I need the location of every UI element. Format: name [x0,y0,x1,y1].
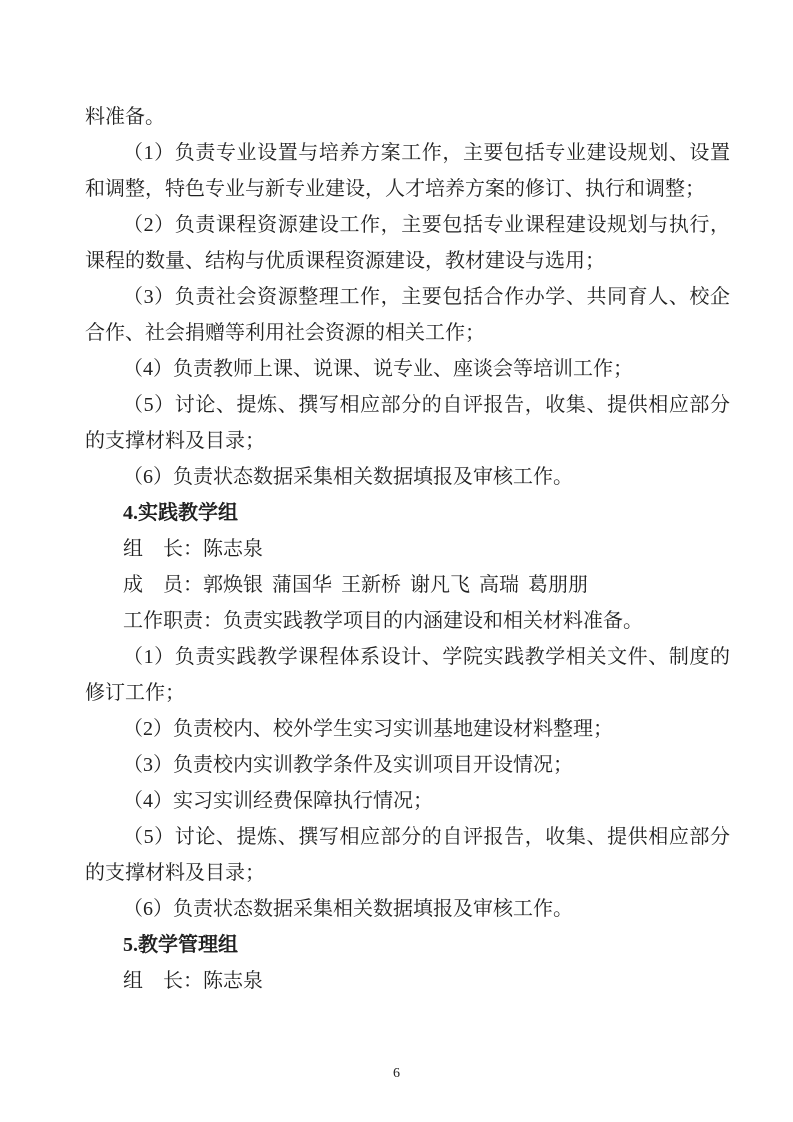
text-line: （6）负责状态数据采集相关数据填报及审核工作。 [85,891,730,927]
text-line: 合作、社会捐赠等利用社会资源的相关工作； [85,315,730,351]
text-line: （2）负责课程资源建设工作，主要包括专业课程建设规划与执行， [85,207,730,243]
text-line: 修订工作； [85,675,730,711]
text-line: （3）负责校内实训教学条件及实训项目开设情况； [85,747,730,783]
text-line: （4）负责教师上课、说课、说专业、座谈会等培训工作； [85,351,730,387]
text-line: （2）负责校内、校外学生实习实训基地建设材料整理； [85,711,730,747]
text-line: 的支撑材料及目录； [85,423,730,459]
text-line: 课程的数量、结构与优质课程资源建设，教材建设与选用； [85,243,730,279]
text-line: （5）讨论、提炼、撰写相应部分的自评报告，收集、提供相应部分 [85,387,730,423]
text-line: （6）负责状态数据采集相关数据填报及审核工作。 [85,459,730,495]
text-line: 成 员：郭焕银 蒲国华 王新桥 谢凡飞 高瑞 葛朋朋 [85,567,730,603]
text-line: （3）负责社会资源整理工作，主要包括合作办学、共同育人、校企 [85,279,730,315]
page-number: 6 [0,1066,793,1082]
text-line: （5）讨论、提炼、撰写相应部分的自评报告，收集、提供相应部分 [85,819,730,855]
text-line: 和调整，特色专业与新专业建设，人才培养方案的修订、执行和调整； [85,171,730,207]
document-body: 料准备。（1）负责专业设置与培养方案工作，主要包括专业建设规划、设置和调整，特色… [85,99,730,999]
section-heading: 4.实践教学组 [85,495,730,531]
text-line: 的支撑材料及目录； [85,855,730,891]
text-line: 组 长：陈志泉 [85,963,730,999]
text-line: （1）负责实践教学课程体系设计、学院实践教学相关文件、制度的 [85,639,730,675]
document-page: 料准备。（1）负责专业设置与培养方案工作，主要包括专业建设规划、设置和调整，特色… [0,0,793,1122]
text-line: 工作职责：负责实践教学项目的内涵建设和相关材料准备。 [85,603,730,639]
section-heading: 5.教学管理组 [85,927,730,963]
text-line: 组 长：陈志泉 [85,531,730,567]
text-line: （4）实习实训经费保障执行情况； [85,783,730,819]
text-line: 料准备。 [85,99,730,135]
text-line: （1）负责专业设置与培养方案工作，主要包括专业建设规划、设置 [85,135,730,171]
